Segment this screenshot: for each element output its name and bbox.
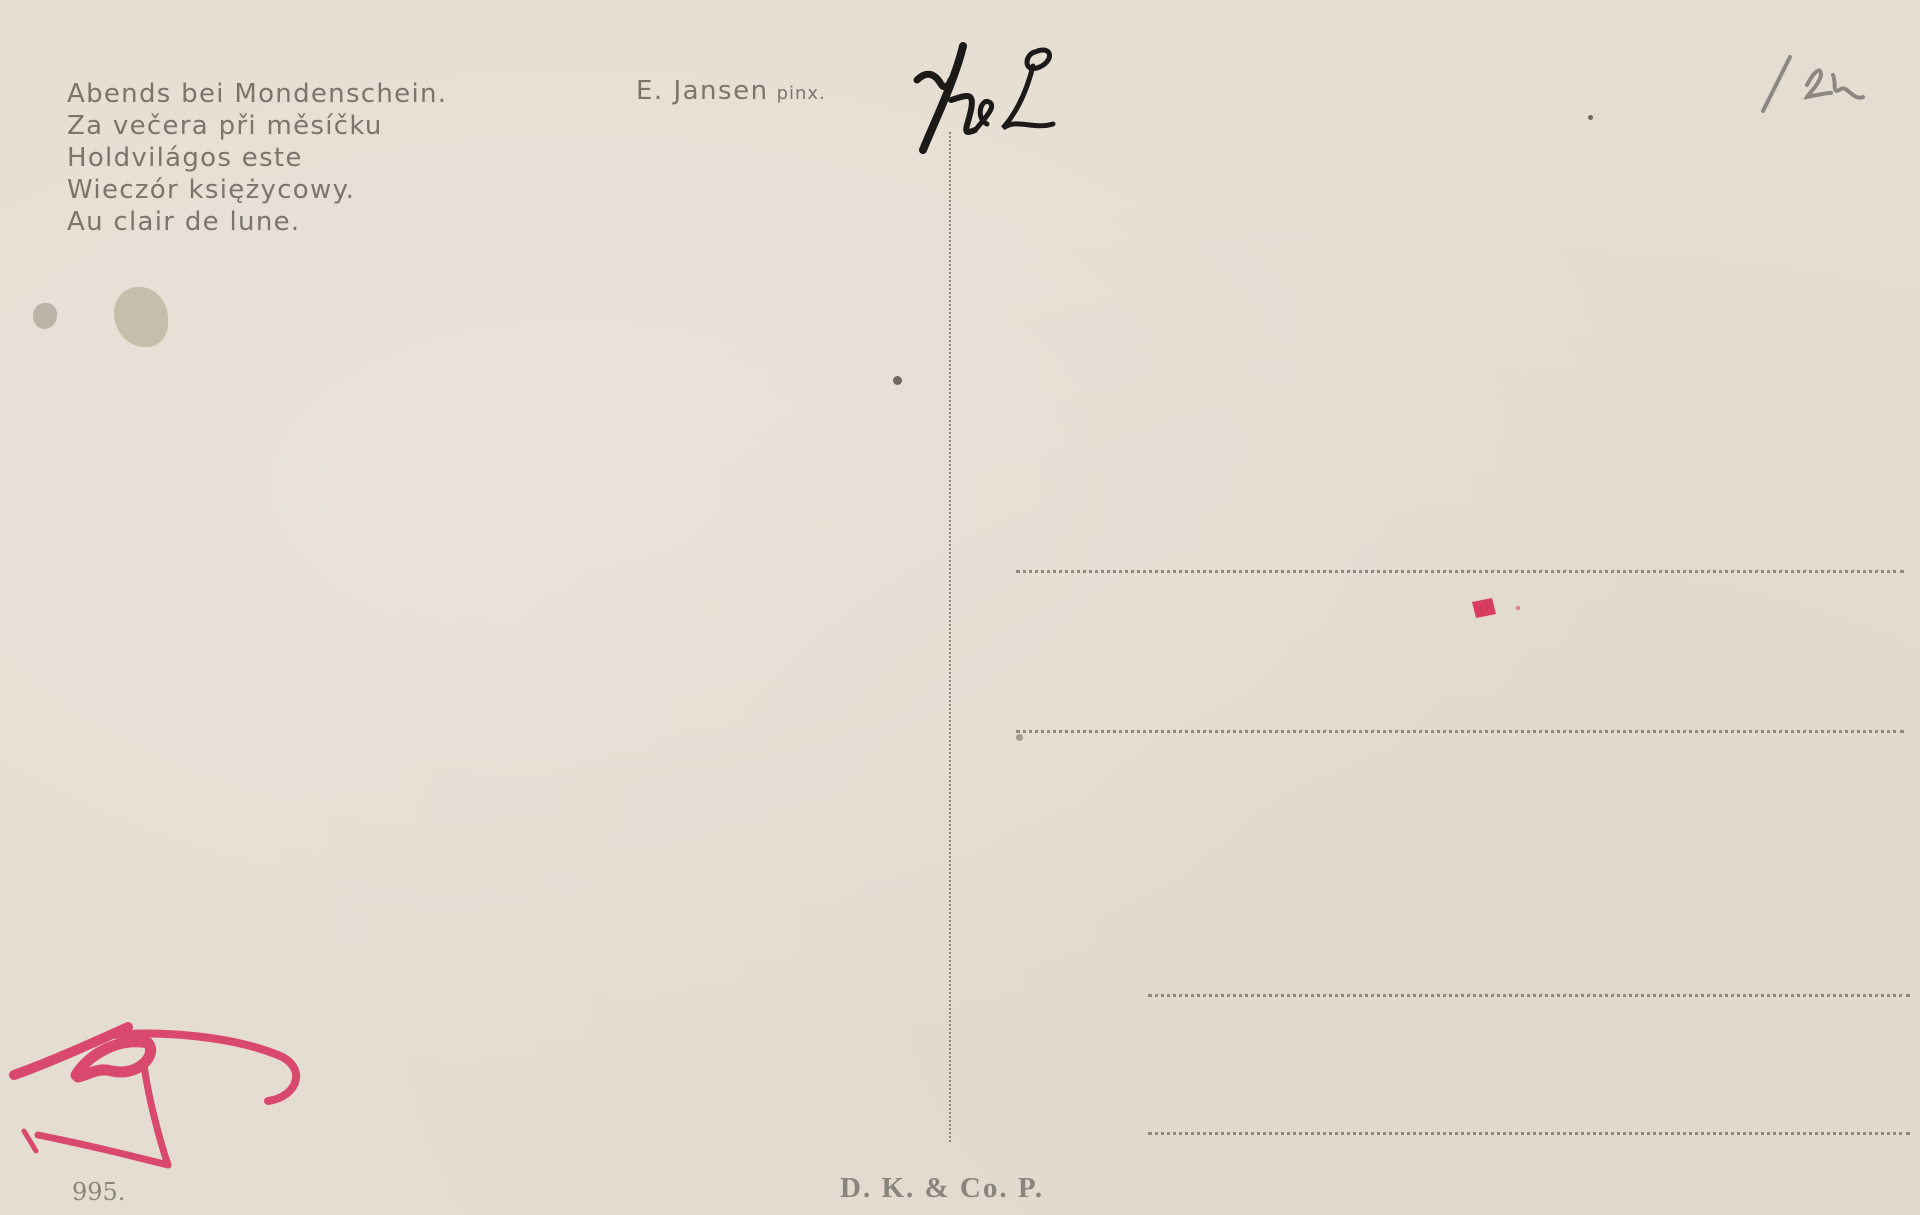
pencil-121-icon: [1755, 45, 1870, 115]
title-hungarian: Holdvilágos este: [67, 142, 447, 174]
message-address-divider: [949, 132, 951, 1142]
postcard-back: Abends bei Mondenschein. Za večera při m…: [0, 0, 1920, 1215]
address-line-3: [1148, 994, 1910, 997]
title-multilingual: Abends bei Mondenschein. Za večera při m…: [67, 78, 447, 238]
stain-mark-large: [114, 287, 168, 347]
address-line-4: [1148, 1132, 1910, 1135]
print-number: 995.: [72, 1178, 125, 1206]
artist-credit: E. Jansenpinx.: [636, 76, 826, 106]
red-crayon-mark-icon: [8, 1005, 328, 1170]
title-german: Abends bei Mondenschein.: [67, 78, 447, 110]
address-line-2: [1016, 730, 1904, 733]
red-spot-icon: [1468, 596, 1538, 626]
publisher-imprint: D. K. & Co. P.: [840, 1172, 1044, 1205]
title-polish: Wieczór księżycowy.: [67, 174, 447, 206]
address-line-1: [1016, 570, 1904, 573]
handwritten-hl-icon: [905, 40, 1060, 160]
speck: [1016, 734, 1023, 741]
title-czech: Za večera při měsíčku: [67, 110, 447, 142]
speck: [893, 376, 902, 385]
artist-name: E. Jansen: [636, 76, 769, 106]
speck: [1588, 115, 1593, 120]
stain-mark: [33, 303, 57, 329]
artist-pinx: pinx.: [777, 83, 826, 104]
title-french: Au clair de lune.: [67, 206, 447, 238]
